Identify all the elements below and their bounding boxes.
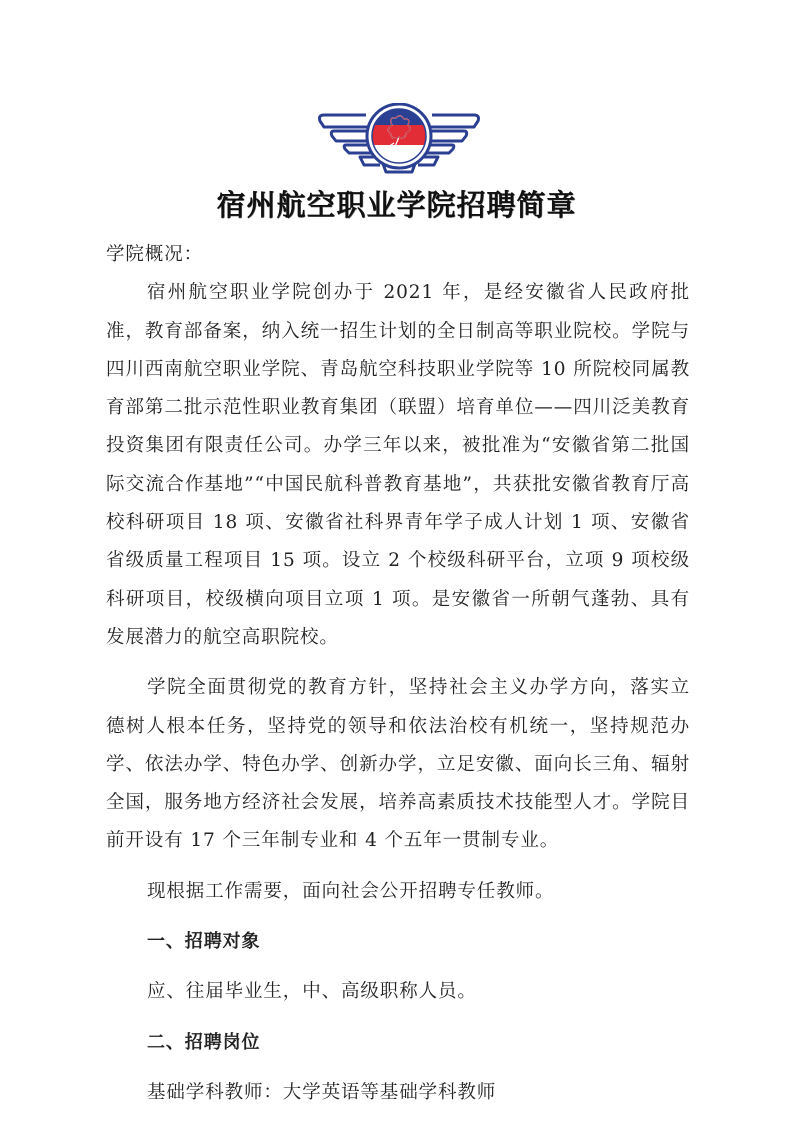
section-body-recruitment-targets: 应、往届毕业生，中、高级职称人员。 bbox=[106, 973, 690, 1011]
section-body-recruitment-positions: 基础学科教师：大学英语等基础学科教师 bbox=[106, 1074, 690, 1112]
document-body: 学院概况： 宿州航空职业学院创办于 2021 年，是经安徽省人民政府批准，教育部… bbox=[106, 236, 690, 1112]
section-label-college-overview: 学院概况： bbox=[106, 236, 690, 274]
college-logo bbox=[316, 103, 482, 175]
section-heading-recruitment-positions: 二、招聘岗位 bbox=[106, 1024, 690, 1062]
paragraph-college-intro: 宿州航空职业学院创办于 2021 年，是经安徽省人民政府批准，教育部备案，纳入统… bbox=[106, 274, 690, 657]
paragraph-education-policy: 学院全面贯彻党的教育方针，坚持社会主义办学方向，落实立德树人根本任务，坚持党的领… bbox=[106, 669, 690, 860]
section-heading-recruitment-targets: 一、招聘对象 bbox=[106, 923, 690, 961]
paragraph-recruitment-notice: 现根据工作需要，面向社会公开招聘专任教师。 bbox=[106, 873, 690, 911]
document-title: 宿州航空职业学院招聘简章 bbox=[0, 183, 793, 224]
aviation-wings-emblem-icon bbox=[316, 103, 482, 175]
